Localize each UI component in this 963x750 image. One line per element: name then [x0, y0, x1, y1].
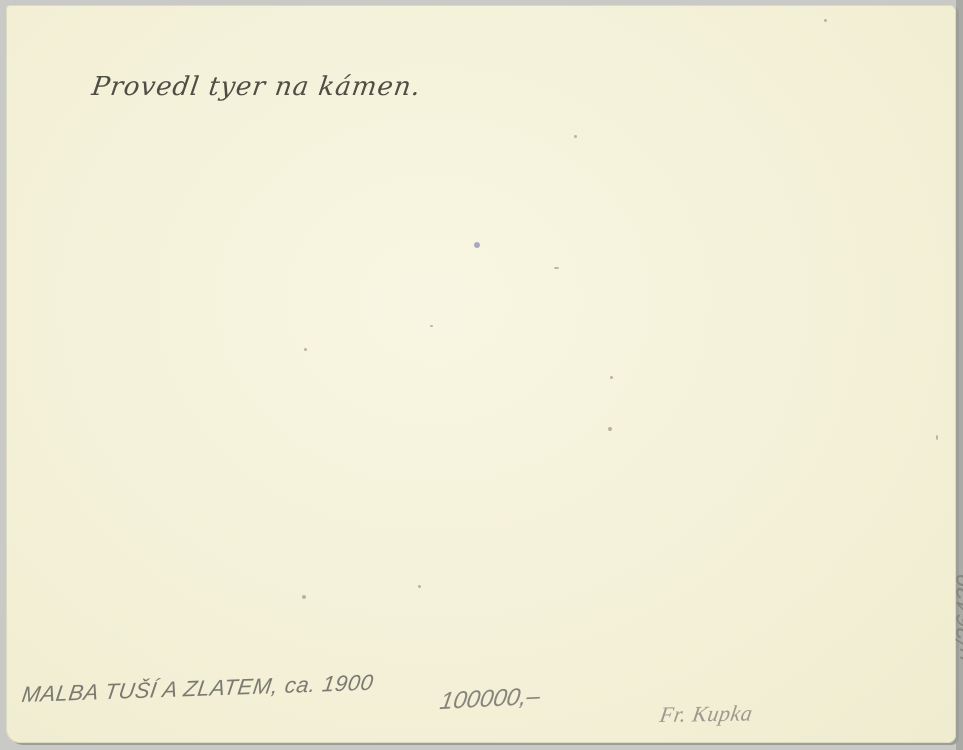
paper-speck	[418, 585, 421, 588]
paper-speck	[474, 242, 480, 248]
handwritten-artist-name: Fr. Kupka	[658, 700, 755, 728]
paper-speck	[610, 376, 613, 379]
card-back	[6, 5, 956, 743]
paper-speck	[574, 135, 577, 138]
handwritten-inventory-number: u/26439	[952, 573, 963, 664]
paper-speck	[824, 19, 827, 22]
paper-speck	[554, 267, 559, 269]
paper-speck	[302, 595, 306, 599]
paper-speck	[430, 325, 433, 327]
paper-speck	[304, 348, 307, 351]
handwritten-title: Provedl tyer na kámen.	[90, 72, 423, 102]
paper-speck	[936, 435, 938, 440]
handwritten-price: 100000,–	[438, 683, 542, 717]
paper-speck	[608, 427, 612, 431]
